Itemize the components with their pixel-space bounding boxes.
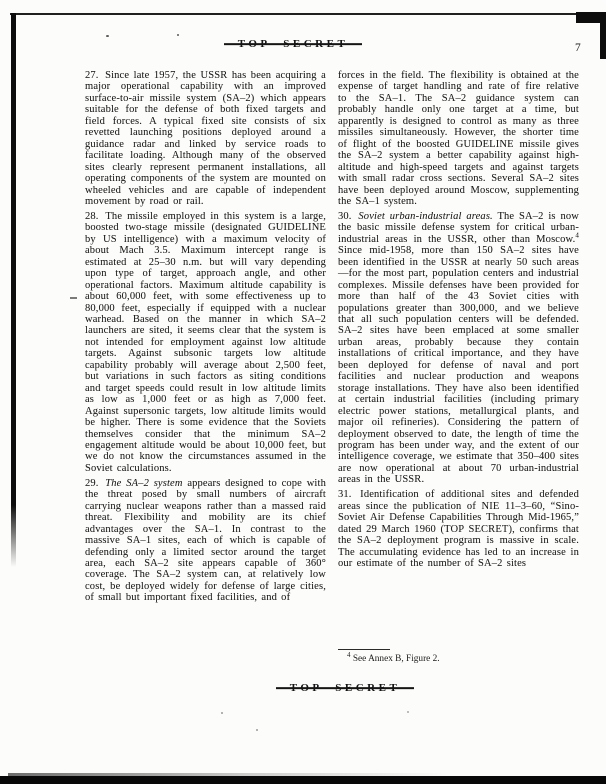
classification-footer-label: TOP SECRET <box>288 682 403 694</box>
scan-left-binding-fade <box>11 505 16 567</box>
paragraph-text: Since late 1957, the USSR has been acqui… <box>85 70 326 207</box>
paragraph-text: appears designed to cope with the threat… <box>85 478 326 604</box>
footnote-text: See Annex B, Figure 2. <box>353 654 440 664</box>
scan-bottom-edge-bar <box>0 776 606 784</box>
paragraph-italic-lead: The SA–2 system <box>105 478 182 489</box>
paragraph-number: 31. <box>338 489 354 500</box>
paragraph-italic-lead: Soviet urban-industrial areas. <box>358 211 492 222</box>
scan-speck <box>221 712 223 714</box>
scan-top-edge-line <box>10 13 606 15</box>
footnote-rule <box>338 649 390 650</box>
paragraph-number: 28. <box>85 211 101 222</box>
paragraph-number: 27. <box>85 70 101 81</box>
paragraph-29-continuation: forces in the field. The flexibility is … <box>338 70 579 207</box>
document-page: TOP SECRET 7 27. Since late 1957, the US… <box>0 0 606 784</box>
paragraph-text: Identification of additional sites and d… <box>338 489 579 569</box>
paragraph-28: 28. The missile employed in this system … <box>85 211 326 474</box>
paragraph-31: 31. Identification of additional sites a… <box>338 489 579 569</box>
paragraph-text: Since mid-1958, more than 150 SA–2 sites… <box>338 245 579 485</box>
paragraph-30: 30. Soviet urban-industrial areas. The S… <box>338 211 579 486</box>
paragraph-text: The missile employed in this system is a… <box>85 211 326 474</box>
scan-speck <box>106 35 109 37</box>
paragraph-27: 27. Since late 1957, the USSR has been a… <box>85 70 326 207</box>
scan-top-right-corner-mark <box>600 12 606 59</box>
paragraph-29: 29. The SA–2 system appears designed to … <box>85 478 326 604</box>
page-number: 7 <box>575 42 581 54</box>
scan-speck <box>407 711 409 713</box>
paragraph-number: 30. <box>338 211 354 222</box>
footnote: 4 See Annex B, Figure 2. <box>338 649 579 665</box>
footnote-marker: 4 <box>347 651 351 659</box>
column-left: 27. Since late 1957, the USSR has been a… <box>85 70 326 607</box>
paragraph-number: 29. <box>85 478 101 489</box>
footnote-reference: 4 <box>575 231 579 239</box>
scan-speck <box>256 729 258 731</box>
page-footer: TOP SECRET <box>42 682 606 694</box>
page-header: TOP SECRET <box>0 38 596 50</box>
scan-left-binding-bar <box>11 13 16 505</box>
classification-header-label: TOP SECRET <box>236 38 351 50</box>
paragraph-text: forces in the field. The flexibility is … <box>338 70 579 207</box>
column-right: forces in the field. The flexibility is … <box>338 70 579 573</box>
scan-margin-dash <box>70 297 77 299</box>
scan-speck <box>177 34 179 36</box>
